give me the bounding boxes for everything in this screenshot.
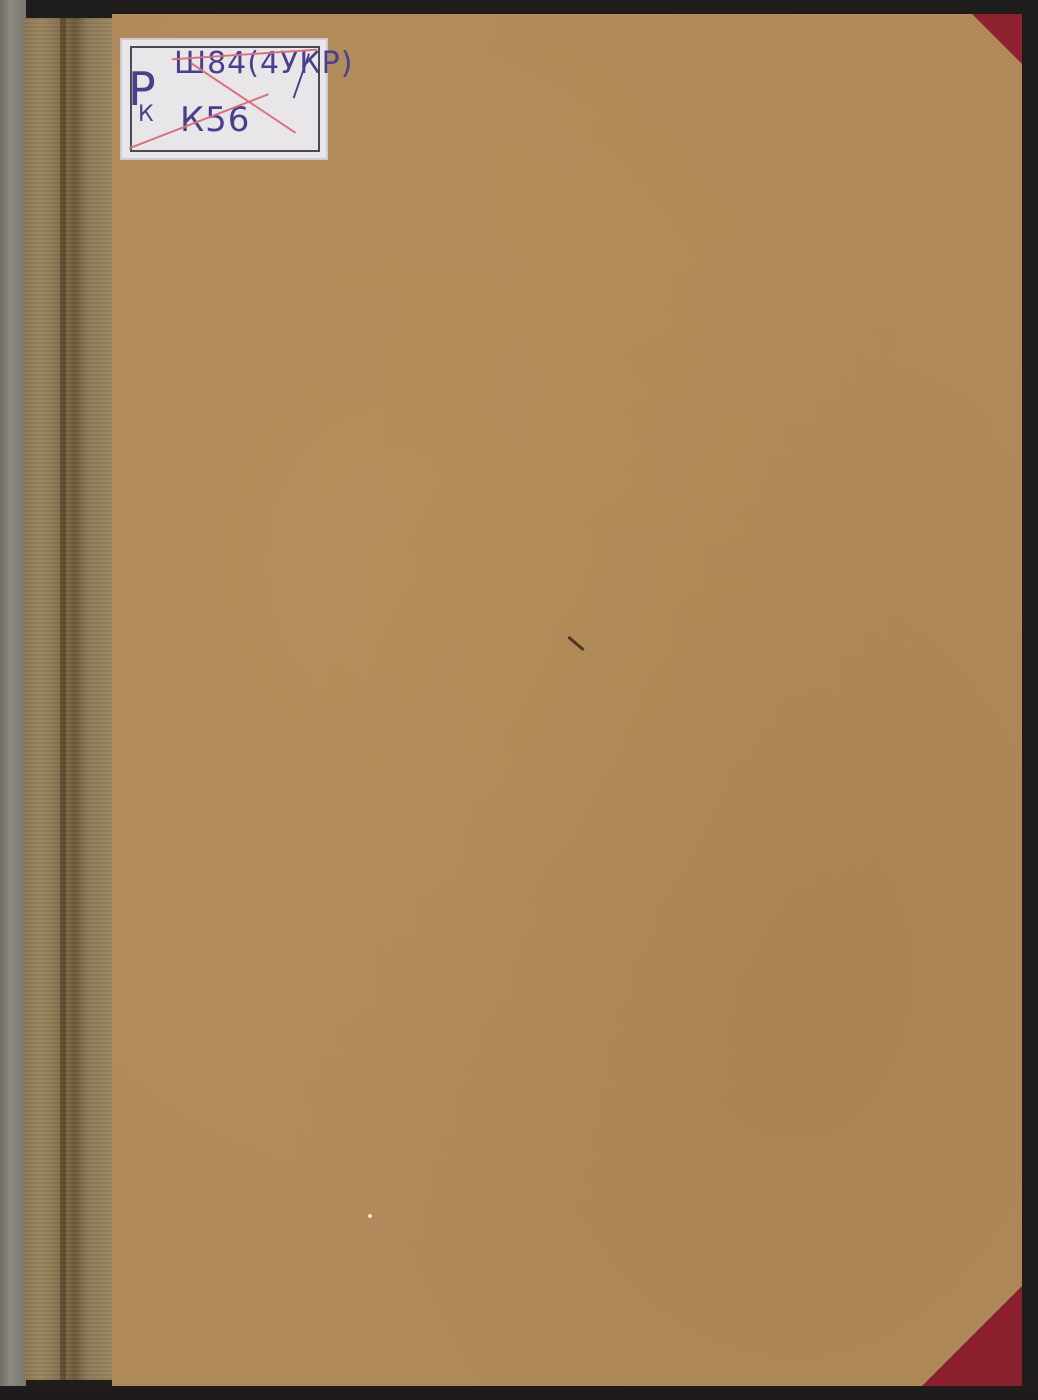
book-cover	[112, 14, 1022, 1386]
bottom-edge	[0, 1386, 1038, 1400]
book-spine	[24, 18, 116, 1380]
spine-crease	[60, 18, 66, 1380]
scanned-page: Р Ш84(4УКР) К К56	[0, 0, 1038, 1400]
scanner-edge	[0, 0, 26, 1400]
call-number-label: Р Ш84(4УКР) К К56	[120, 38, 328, 160]
strike-through-marks	[122, 40, 326, 158]
cover-speck	[368, 1214, 372, 1218]
corner-bottom-right	[922, 1286, 1022, 1386]
corner-top-right	[972, 14, 1022, 64]
